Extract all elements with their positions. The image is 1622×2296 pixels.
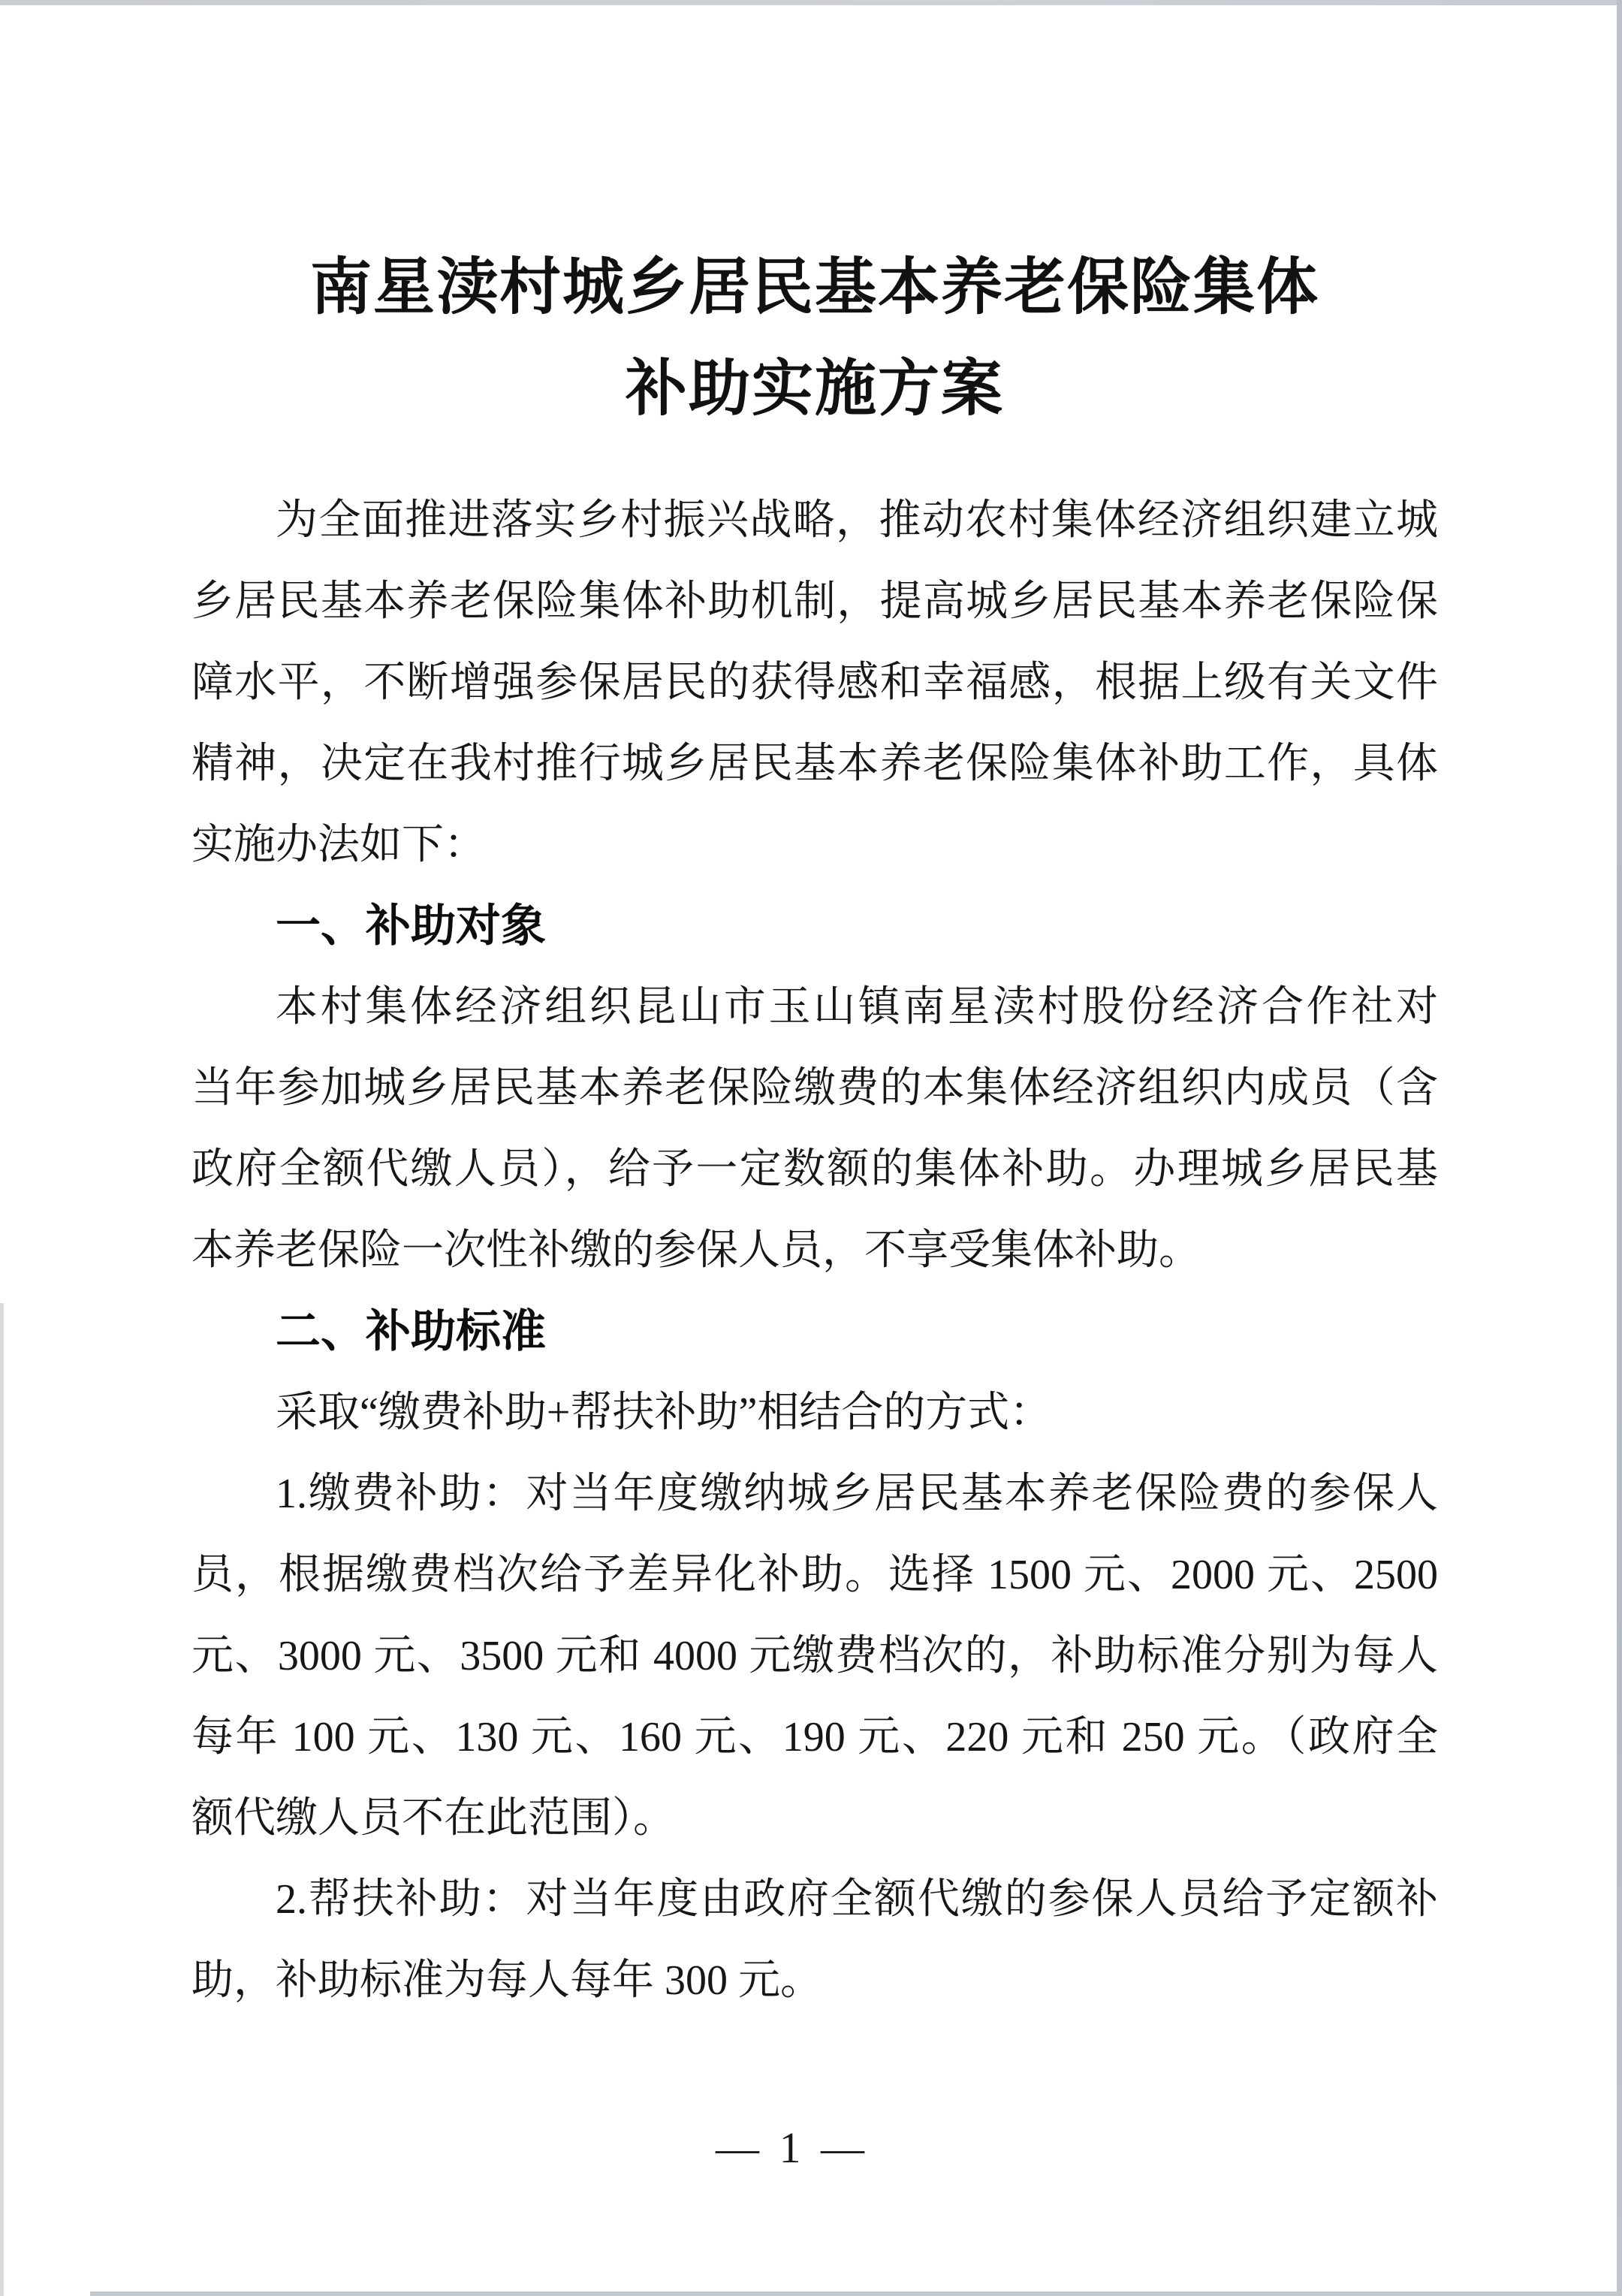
scan-artifact-top-edge [0,0,1622,5]
section1-line-1: 本村集体经济组织昆山市玉山镇南星渎村股份经济合作社对 [191,967,1438,1048]
scan-artifact-right-edge [1617,0,1622,2296]
section2-item1-line-5: 额代缴人员不在此范围）。 [191,1778,1438,1859]
document-title: 南星渎村城乡居民基本养老保险集体 补助实施方案 [191,237,1438,439]
intro-line-5: 实施办法如下： [191,804,1438,886]
intro-line-4: 精神，决定在我村推行城乡居民基本养老保险集体补助工作，具体 [191,723,1438,804]
intro-line-1: 为全面推进落实乡村振兴战略，推动农村集体经济组织建立城 [191,480,1438,561]
page-content: 南星渎村城乡居民基本养老保险集体 补助实施方案 为全面推进落实乡村振兴战略，推动… [191,237,1438,2021]
section2-method-line: 采取“缴费补助+帮扶补助”相结合的方式： [191,1372,1438,1453]
document-body: 为全面推进落实乡村振兴战略，推动农村集体经济组织建立城 乡居民基本养老保险集体补… [191,480,1438,2021]
section1-line-2: 当年参加城乡居民基本养老保险缴费的本集体经济组织内成员（含 [191,1048,1438,1129]
section2-item1-line-2: 员，根据缴费档次给予差异化补助。选择 1500 元、2000 元、2500 [191,1534,1438,1616]
section2-heading: 二、补助标准 [191,1291,1438,1372]
section1-line-4: 本养老保险一次性补缴的参保人员，不享受集体补助。 [191,1210,1438,1291]
page-number: — 1 — [0,2107,1584,2189]
section2-item1-line-1: 1.缴费补助：对当年度缴纳城乡居民基本养老保险费的参保人 [191,1453,1438,1534]
section2-item2-line-2: 助，补助标准为每人每年 300 元。 [191,1940,1438,2021]
section2-item2-line-1: 2.帮扶补助：对当年度由政府全额代缴的参保人员给予定额补 [191,1859,1438,1940]
scan-artifact-bottom-edge [90,2291,1622,2296]
intro-line-2: 乡居民基本养老保险集体补助机制，提高城乡居民基本养老保险保 [191,561,1438,642]
title-line-2: 补助实施方案 [191,338,1438,439]
section2-item1-line-3: 元、3000 元、3500 元和 4000 元缴费档次的，补助标准分别为每人 [191,1616,1438,1697]
section2-item1-line-4: 每年 100 元、130 元、160 元、190 元、220 元和 250 元。… [191,1697,1438,1778]
section1-heading: 一、补助对象 [191,886,1438,967]
document-page: 南星渎村城乡居民基本养老保险集体 补助实施方案 为全面推进落实乡村振兴战略，推动… [0,0,1622,2296]
intro-line-3: 障水平，不断增强参保居民的获得感和幸福感，根据上级有关文件 [191,642,1438,723]
section1-line-3: 政府全额代缴人员），给予一定数额的集体补助。办理城乡居民基 [191,1129,1438,1210]
title-line-1: 南星渎村城乡居民基本养老保险集体 [191,237,1438,338]
